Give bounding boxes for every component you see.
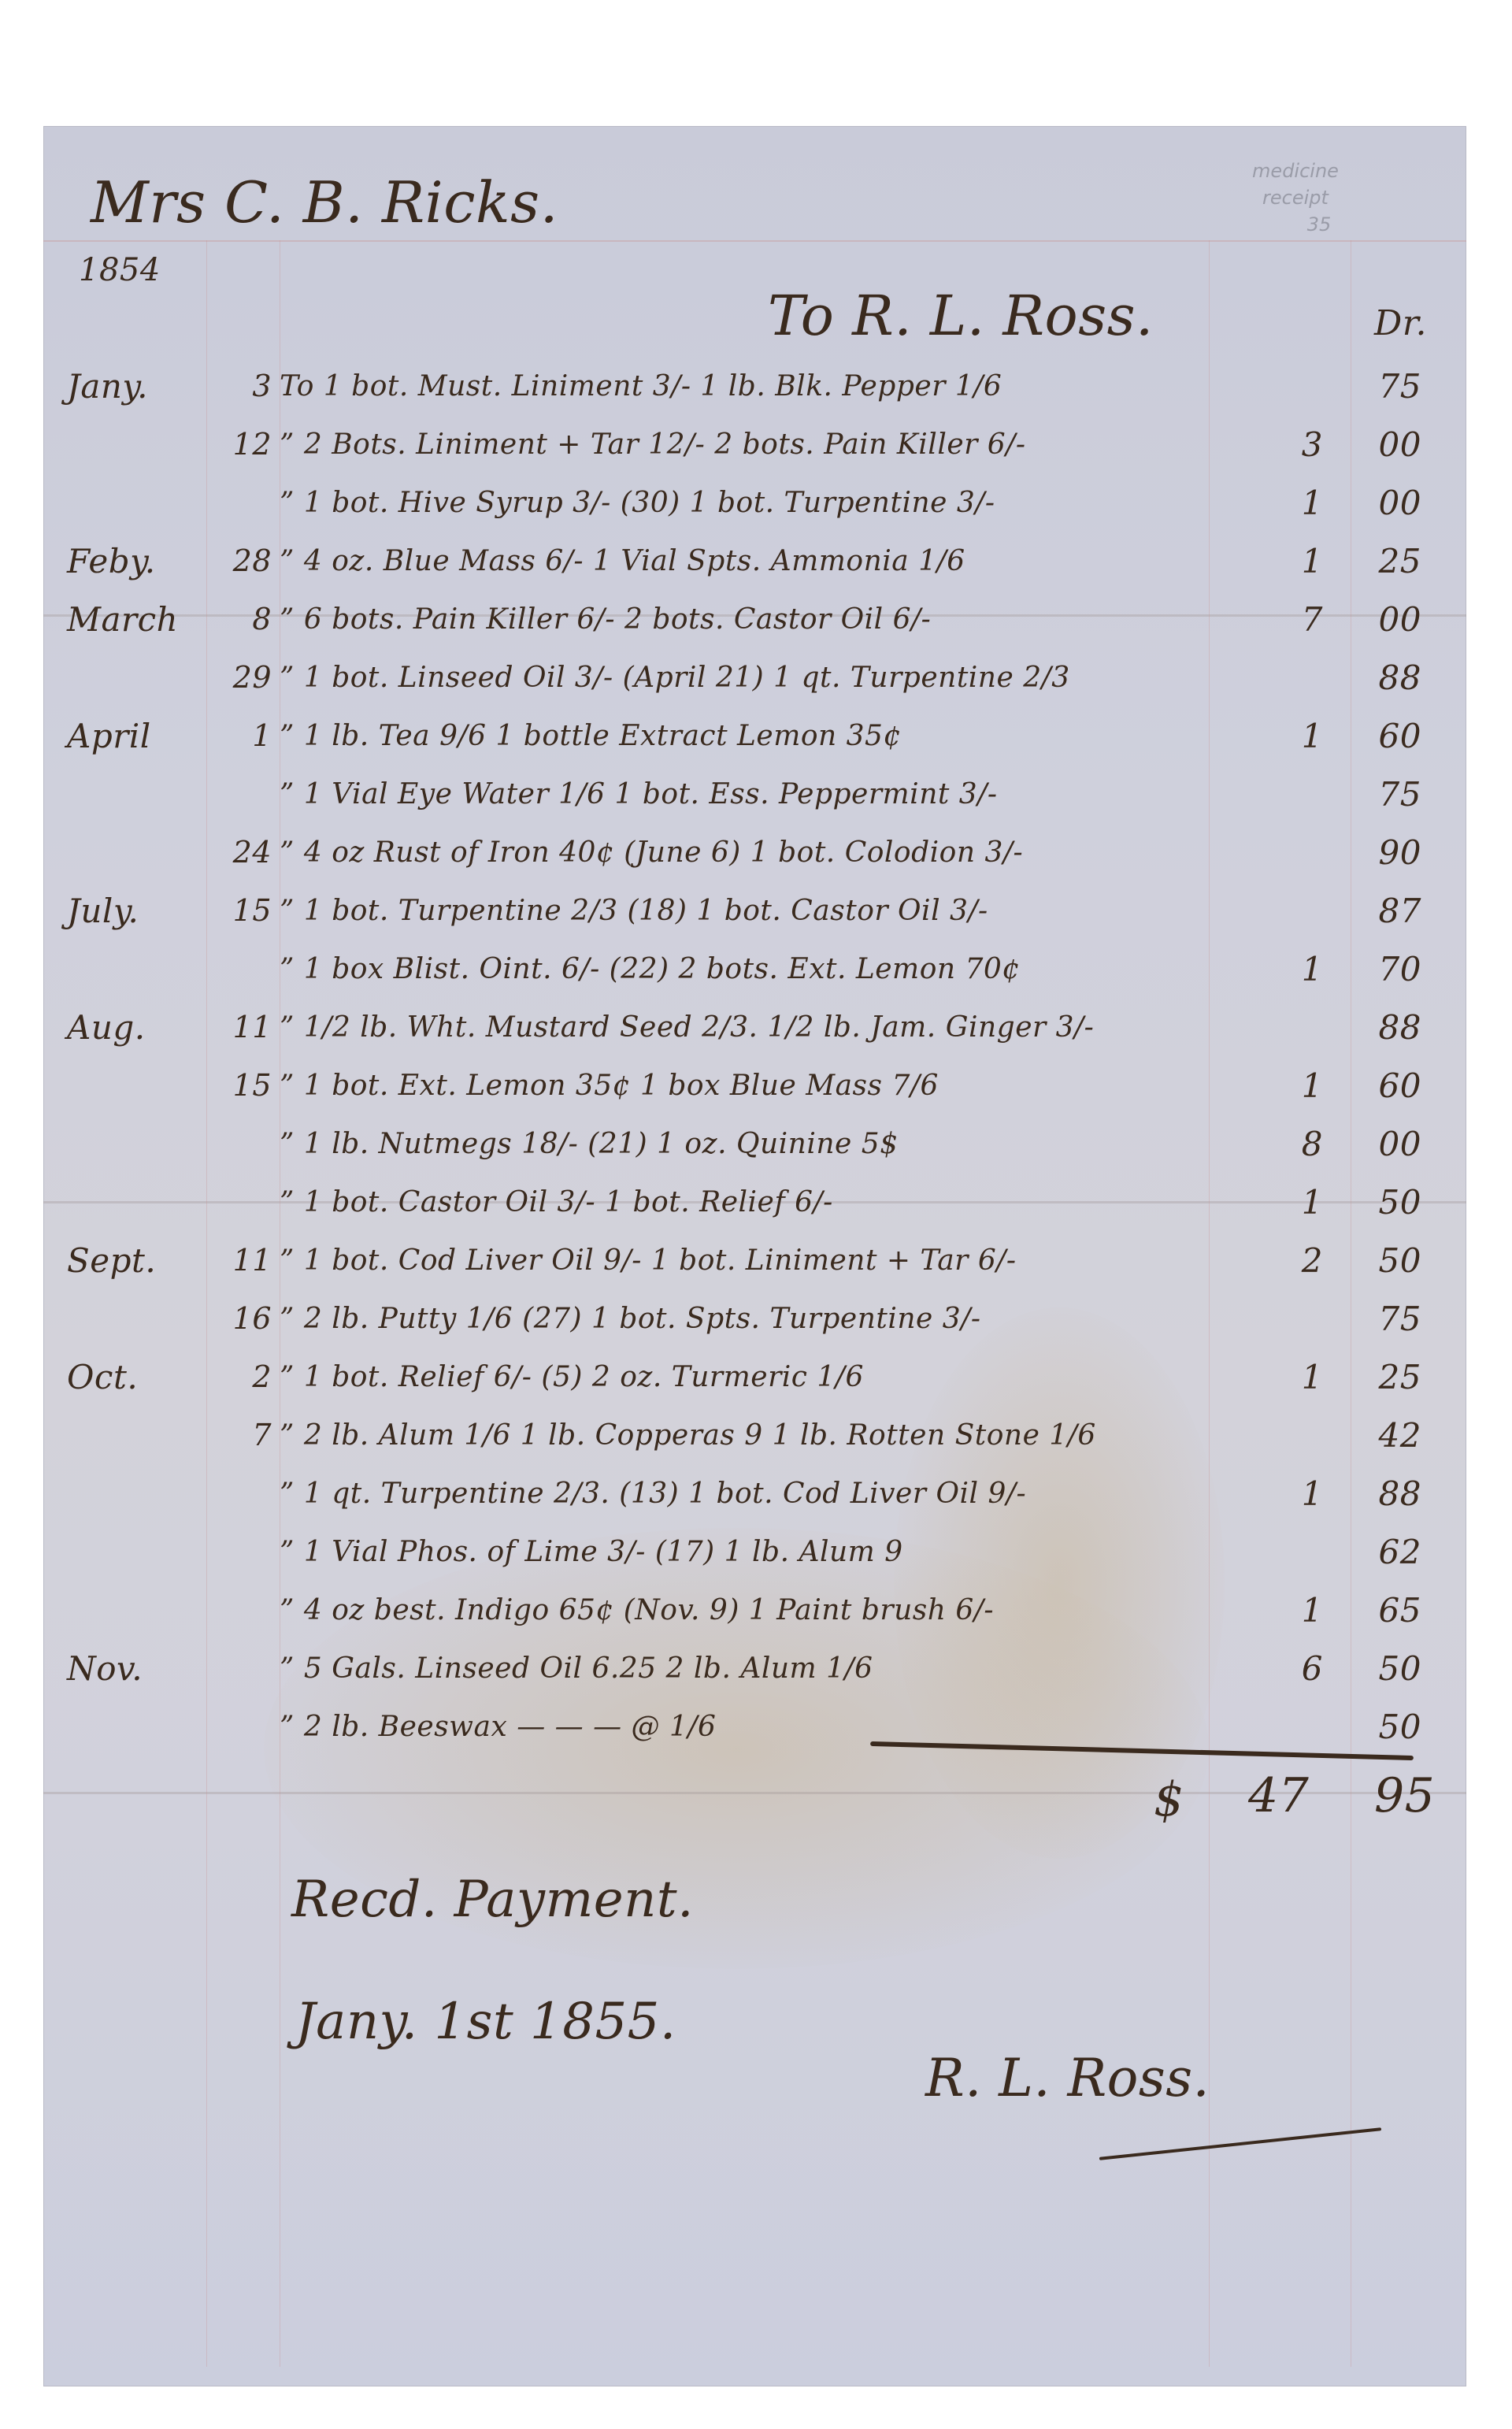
entry-dollars: 1 — [1260, 484, 1323, 522]
entry-dollars: 1 — [1260, 1591, 1323, 1630]
entry-description: ” 1 bot. Linseed Oil 3/- (April 21) 1 qt… — [280, 662, 1070, 694]
entry-day: 16 — [224, 1301, 272, 1336]
ledger-row: ” 1 bot. Hive Syrup 3/- (30) 1 bot. Turp… — [43, 479, 1466, 536]
ledger-row: ” 1 box Blist. Oint. 6/- (22) 2 bots. Ex… — [43, 945, 1466, 1002]
entry-description: ” 4 oz Rust of Iron 40¢ (June 6) 1 bot. … — [280, 836, 1023, 869]
ledger-row: ” 1 qt. Turpentine 2/3. (13) 1 bot. Cod … — [43, 1470, 1466, 1526]
entry-dollars: 1 — [1260, 950, 1323, 988]
ledger-row: Sept.11” 1 bot. Cod Liver Oil 9/- 1 bot.… — [43, 1237, 1466, 1293]
entry-description: ” 1 bot. Relief 6/- (5) 2 oz. Turmeric 1… — [280, 1361, 864, 1393]
entry-cents: 00 — [1351, 484, 1421, 522]
entry-month: April — [67, 717, 151, 755]
entry-cents: 25 — [1351, 1358, 1421, 1396]
year: 1854 — [79, 252, 161, 288]
ledger-row: ” 1 bot. Castor Oil 3/- 1 bot. Relief 6/… — [43, 1178, 1466, 1235]
entry-month: Feby. — [67, 542, 156, 580]
entry-day: 8 — [224, 602, 272, 636]
entry-dollars: 6 — [1260, 1649, 1323, 1688]
entry-day: 24 — [224, 835, 272, 870]
ledger-row: Feby.28” 4 oz. Blue Mass 6/- 1 Vial Spts… — [43, 537, 1466, 594]
ledger-row: ” 1 Vial Eye Water 1/6 1 bot. Ess. Peppe… — [43, 770, 1466, 827]
ledger-row: 7” 2 lb. Alum 1/6 1 lb. Copperas 9 1 lb.… — [43, 1411, 1466, 1468]
entry-cents: 00 — [1351, 600, 1421, 639]
ledger-row: 12” 2 Bots. Liniment + Tar 12/- 2 bots. … — [43, 421, 1466, 477]
ledger-row: ” 1 lb. Nutmegs 18/- (21) 1 oz. Quinine … — [43, 1120, 1466, 1177]
entry-cents: 42 — [1351, 1416, 1421, 1455]
entry-dollars: 1 — [1260, 542, 1323, 580]
entry-cents: 75 — [1351, 775, 1421, 814]
pencil-line: receipt — [1225, 184, 1366, 211]
receipt-date: Jany. 1st 1855. — [295, 1993, 676, 2051]
total-cents: 95 — [1374, 1768, 1435, 1823]
entry-day: 7 — [224, 1418, 272, 1452]
entry-description: ” 2 lb. Beeswax — — — @ 1/6 — [280, 1711, 716, 1743]
entry-description: ” 1 bot. Castor Oil 3/- 1 bot. Relief 6/… — [280, 1186, 833, 1218]
ledger-row: ” 1 Vial Phos. of Lime 3/- (17) 1 lb. Al… — [43, 1528, 1466, 1585]
ledger-row: March8” 6 bots. Pain Killer 6/- 2 bots. … — [43, 595, 1466, 652]
entry-cents: 00 — [1351, 1125, 1421, 1163]
entry-description: ” 2 Bots. Liniment + Tar 12/- 2 bots. Pa… — [280, 428, 1026, 461]
entry-day: 11 — [224, 1243, 272, 1278]
entry-dollars: 8 — [1260, 1125, 1323, 1163]
entry-description: ” 4 oz. Blue Mass 6/- 1 Vial Spts. Ammon… — [280, 545, 965, 577]
total-dollars: 47 — [1248, 1768, 1309, 1823]
entry-cents: 60 — [1351, 717, 1421, 755]
ledger-row: 29” 1 bot. Linseed Oil 3/- (April 21) 1 … — [43, 654, 1466, 710]
entry-cents: 50 — [1351, 1241, 1421, 1280]
entry-dollars: 1 — [1260, 1474, 1323, 1513]
entry-description: ” 1 qt. Turpentine 2/3. (13) 1 bot. Cod … — [280, 1478, 1026, 1510]
entry-description: ” 1 Vial Eye Water 1/6 1 bot. Ess. Peppe… — [280, 778, 998, 810]
received-payment-note: Recd. Payment. — [291, 1871, 694, 1929]
signature: R. L. Ross. — [925, 2048, 1210, 2108]
entry-month: Aug. — [67, 1008, 146, 1047]
entry-description: ” 6 bots. Pain Killer 6/- 2 bots. Castor… — [280, 603, 931, 636]
entry-day: 29 — [224, 660, 272, 695]
entry-cents: 75 — [1351, 367, 1421, 406]
entry-cents: 62 — [1351, 1533, 1421, 1571]
entry-description: ” 1 Vial Phos. of Lime 3/- (17) 1 lb. Al… — [280, 1536, 903, 1568]
entry-cents: 87 — [1351, 892, 1421, 930]
header-rule — [43, 240, 1466, 242]
entry-day: 28 — [224, 543, 272, 578]
entry-description: ” 1 lb. Nutmegs 18/- (21) 1 oz. Quinine … — [280, 1128, 899, 1160]
entry-description: ” 2 lb. Alum 1/6 1 lb. Copperas 9 1 lb. … — [280, 1419, 1096, 1452]
entry-description: To 1 bot. Must. Liniment 3/- 1 lb. Blk. … — [280, 370, 1002, 402]
entry-month: Oct. — [67, 1358, 138, 1396]
entry-dollars: 1 — [1260, 1183, 1323, 1222]
entry-description: ” 1 lb. Tea 9/6 1 bottle Extract Lemon 3… — [280, 720, 902, 752]
entry-description: ” 5 Gals. Linseed Oil 6.25 2 lb. Alum 1/… — [280, 1652, 873, 1685]
total-dollar-sign: $ — [1154, 1772, 1184, 1827]
entry-description: ” 2 lb. Putty 1/6 (27) 1 bot. Spts. Turp… — [280, 1303, 981, 1335]
entry-month: Sept. — [67, 1241, 156, 1280]
entry-cents: 88 — [1351, 658, 1421, 697]
entry-cents: 50 — [1351, 1183, 1421, 1222]
signature-swash — [1099, 2127, 1381, 2160]
entry-day: 11 — [224, 1010, 272, 1044]
entry-day: 1 — [224, 718, 272, 753]
entry-month: Nov. — [67, 1649, 143, 1688]
entry-cents: 70 — [1351, 950, 1421, 988]
entry-cents: 75 — [1351, 1300, 1421, 1338]
ledger-row: July.15” 1 bot. Turpentine 2/3 (18) 1 bo… — [43, 887, 1466, 944]
entry-cents: 88 — [1351, 1008, 1421, 1047]
ledger-row: Jany.3To 1 bot. Must. Liniment 3/- 1 lb.… — [43, 362, 1466, 419]
debit-label: Dr. — [1374, 303, 1427, 343]
entry-day: 15 — [224, 893, 272, 928]
ledger-row: 24” 4 oz Rust of Iron 40¢ (June 6) 1 bot… — [43, 829, 1466, 885]
document-paper: medicine receipt 35 Mrs C. B. Ricks. 185… — [43, 126, 1466, 2386]
customer-name: Mrs C. B. Ricks. — [91, 169, 558, 235]
entry-cents: 60 — [1351, 1066, 1421, 1105]
entry-dollars: 3 — [1260, 425, 1323, 464]
entry-cents: 88 — [1351, 1474, 1421, 1513]
entry-dollars: 1 — [1260, 717, 1323, 755]
entry-cents: 00 — [1351, 425, 1421, 464]
payee-heading: To R. L. Ross. — [768, 284, 1154, 348]
pencil-line: 35 — [1225, 211, 1366, 238]
entry-description: ” 1 bot. Turpentine 2/3 (18) 1 bot. Cast… — [280, 895, 988, 927]
entry-description: ” 1 box Blist. Oint. 6/- (22) 2 bots. Ex… — [280, 953, 1021, 985]
entry-cents: 50 — [1351, 1649, 1421, 1688]
entry-description: ” 1 bot. Cod Liver Oil 9/- 1 bot. Linime… — [280, 1244, 1017, 1277]
pencil-annotation: medicine receipt 35 — [1225, 158, 1366, 238]
ledger-row: 16” 2 lb. Putty 1/6 (27) 1 bot. Spts. Tu… — [43, 1295, 1466, 1352]
entry-day: 2 — [224, 1359, 272, 1394]
ledger-row: Oct.2” 1 bot. Relief 6/- (5) 2 oz. Turme… — [43, 1353, 1466, 1410]
entry-dollars: 1 — [1260, 1358, 1323, 1396]
pencil-line: medicine — [1225, 158, 1366, 184]
entry-cents: 25 — [1351, 542, 1421, 580]
ledger-row: Nov.” 5 Gals. Linseed Oil 6.25 2 lb. Alu… — [43, 1645, 1466, 1701]
entry-day: 12 — [224, 427, 272, 462]
entry-description: ” 1/2 lb. Wht. Mustard Seed 2/3. 1/2 lb.… — [280, 1011, 1094, 1044]
ledger-row: ” 4 oz best. Indigo 65¢ (Nov. 9) 1 Paint… — [43, 1586, 1466, 1643]
entry-month: July. — [67, 892, 139, 930]
entry-description: ” 4 oz best. Indigo 65¢ (Nov. 9) 1 Paint… — [280, 1594, 994, 1626]
ledger-row: 15” 1 bot. Ext. Lemon 35¢ 1 box Blue Mas… — [43, 1062, 1466, 1118]
entry-cents: 90 — [1351, 833, 1421, 872]
entry-dollars: 7 — [1260, 600, 1323, 639]
entry-month: Jany. — [67, 367, 148, 406]
entry-month: March — [67, 600, 178, 639]
entry-day: 3 — [224, 369, 272, 403]
ledger-row: April1” 1 lb. Tea 9/6 1 bottle Extract L… — [43, 712, 1466, 769]
entry-description: ” 1 bot. Hive Syrup 3/- (30) 1 bot. Turp… — [280, 487, 995, 519]
ledger-row: Aug.11” 1/2 lb. Wht. Mustard Seed 2/3. 1… — [43, 1003, 1466, 1060]
entry-cents: 65 — [1351, 1591, 1421, 1630]
entry-description: ” 1 bot. Ext. Lemon 35¢ 1 box Blue Mass … — [280, 1070, 939, 1102]
entry-dollars: 2 — [1260, 1241, 1323, 1280]
entry-dollars: 1 — [1260, 1066, 1323, 1105]
entry-cents: 50 — [1351, 1708, 1421, 1746]
entry-day: 15 — [224, 1068, 272, 1103]
